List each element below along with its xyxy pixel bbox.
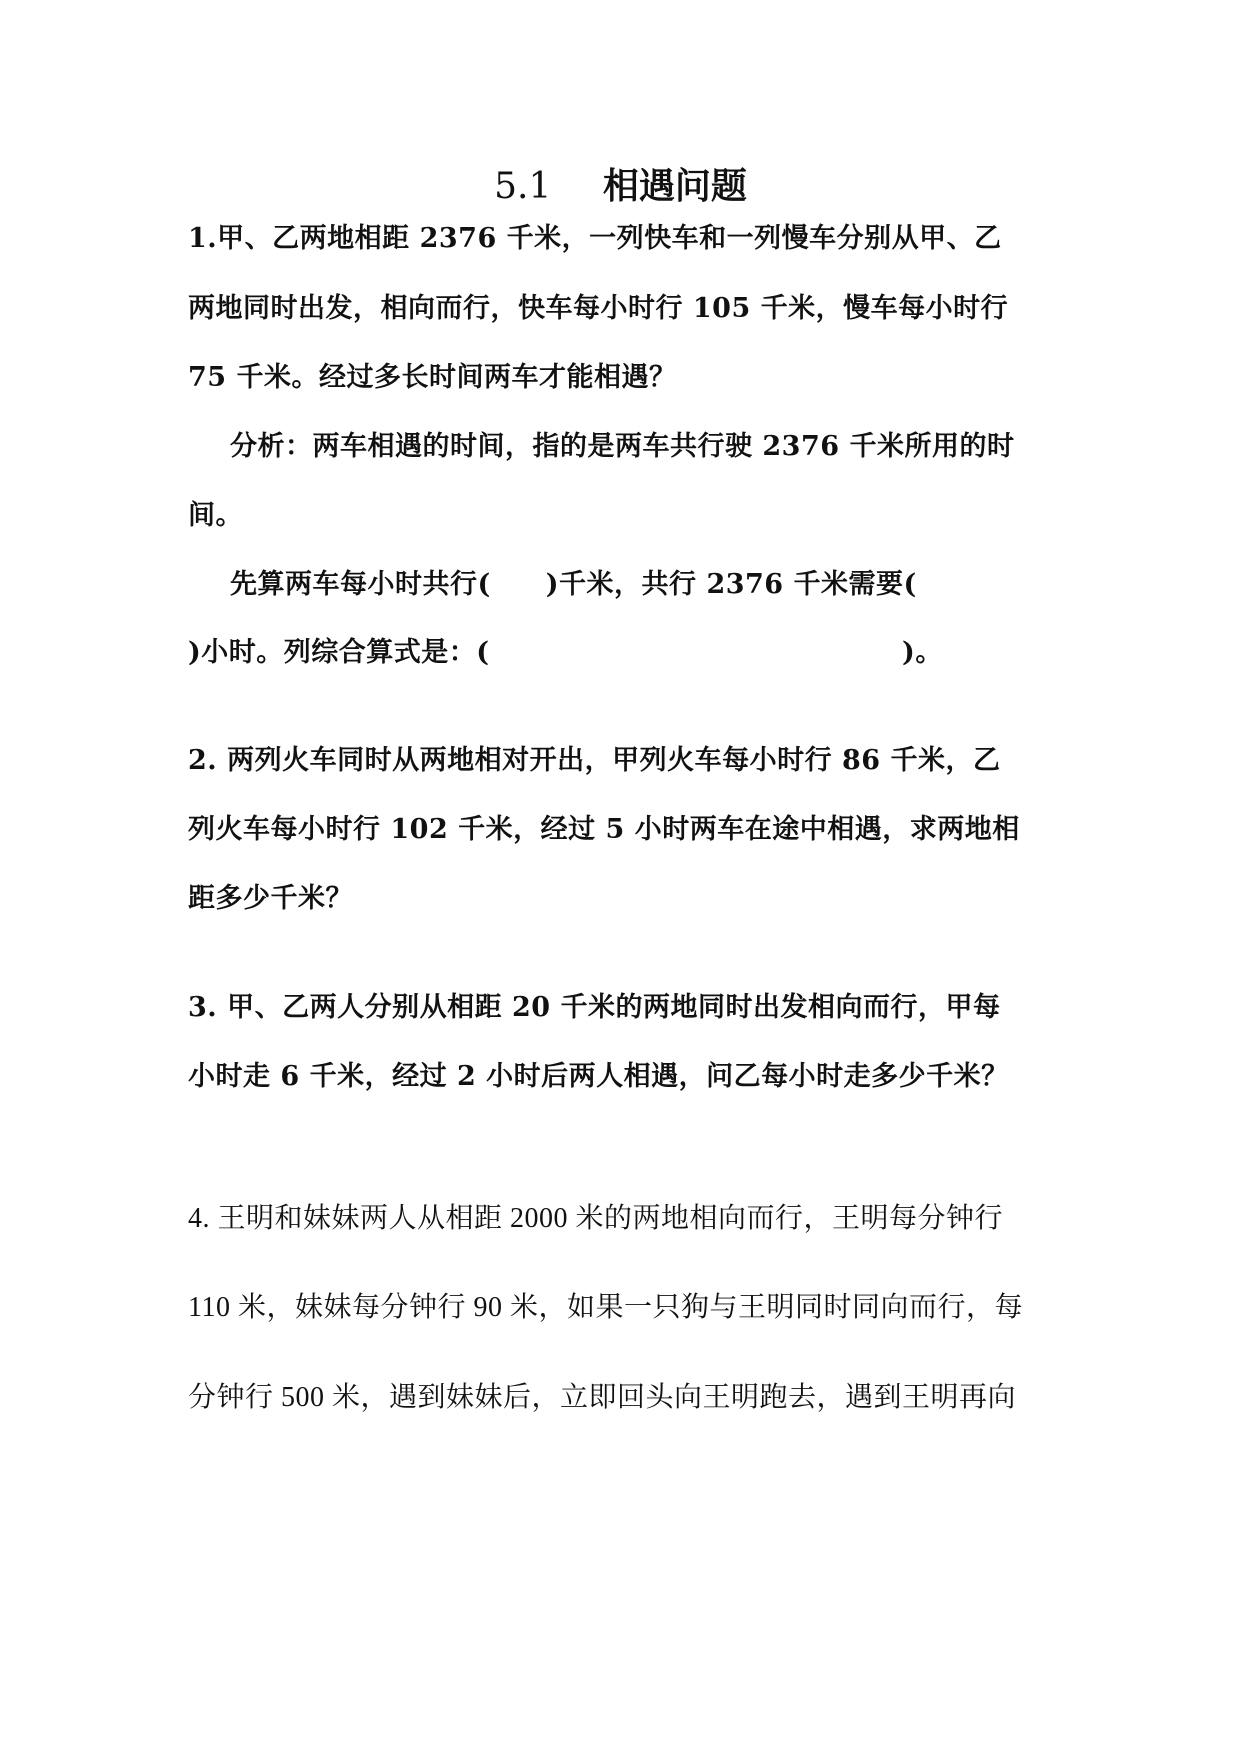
problem-2-line-2: 列火车每小时行 102 千米，经过 5 小时两车在途中相遇，求两地相 <box>188 807 1020 846</box>
problem-1-analysis-1: 分析：两车相遇的时间，指的是两车共行驶 2376 千米所用的时 <box>230 424 1014 463</box>
page-title: 5.1 相遇问题 <box>0 158 1241 209</box>
section-title: 相遇问题 <box>603 165 747 207</box>
problem-1-fill-2: )小时。列综合算式是：( )。 <box>188 630 943 669</box>
problem-3-line-1: 3. 甲、乙两人分别从相距 20 千米的两地同时出发相向而行，甲每 <box>188 985 1000 1024</box>
problem-4-line-2: 110 米，妹妹每分钟行 90 米，如果一只狗与王明同时同向而行，每 <box>188 1285 1023 1325</box>
problem-1-line-2: 两地同时出发，相向而行，快车每小时行 105 千米，慢车每小时行 <box>188 286 1008 325</box>
problem-4-line-3: 分钟行 500 米，遇到妹妹后，立即回头向王明跑去，遇到王明再向 <box>188 1375 1016 1415</box>
problem-1-line-3: 75 千米。经过多长时间两车才能相遇？ <box>188 355 676 394</box>
problem-1-line-1: 1.甲、乙两地相距 2376 千米，一列快车和一列慢车分别从甲、乙 <box>188 216 1002 255</box>
problem-1-analysis-2: 间。 <box>188 493 243 532</box>
problem-1-fill-1: 先算两车每小时共行( )千米，共行 2376 千米需要( <box>230 562 917 601</box>
problem-3-line-2: 小时走 6 千米，经过 2 小时后两人相遇，问乙每小时走多少千米？ <box>188 1054 1009 1093</box>
problem-2-line-3: 距多少千米？ <box>188 876 353 915</box>
problem-4-line-1: 4. 王明和妹妹两人从相距 2000 米的两地相向而行，王明每分钟行 <box>188 1196 1003 1236</box>
section-number: 5.1 <box>494 166 551 207</box>
problem-2-line-1: 2. 两列火车同时从两地相对开出，甲列火车每小时行 86 千米，乙 <box>188 738 1000 777</box>
